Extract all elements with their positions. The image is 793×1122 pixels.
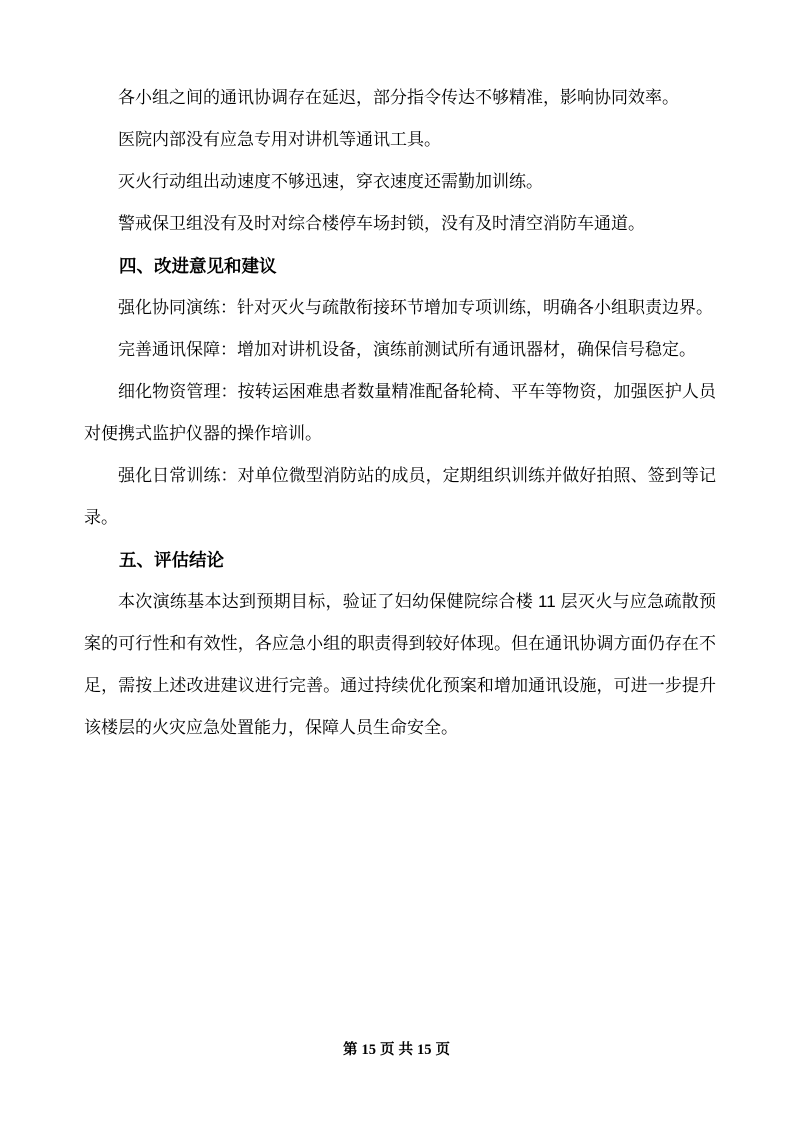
page-footer-middle: 页 共 [380,1042,413,1058]
body-paragraph: 警戒保卫组没有及时对综合楼停车场封锁，没有及时清空消防车通道。 [84,203,716,245]
body-paragraph: 完善通讯保障：增加对讲机设备，演练前测试所有通讯器材，确保信号稳定。 [84,329,716,371]
body-paragraph: 强化日常训练：对单位微型消防站的成员，定期组织训练并做好拍照、签到等记录。 [84,455,716,539]
body-paragraph: 本次演练基本达到预期目标，验证了妇幼保健院综合楼 11 层灭火与应急疏散预案的可… [84,581,716,749]
page-footer-suffix: 页 [436,1042,451,1058]
section-heading-conclusion: 五、评估结论 [84,539,716,581]
body-paragraph: 细化物资管理：按转运困难患者数量精准配备轮椅、平车等物资，加强医护人员对便携式监… [84,371,716,455]
page-footer: 第15页 共15页 [0,1040,793,1060]
section-heading-improvements: 四、改进意见和建议 [84,245,716,287]
body-paragraph: 强化协同演练：针对灭火与疏散衔接环节增加专项训练，明确各小组职责边界。 [84,287,716,329]
body-paragraph: 灭火行动组出动速度不够迅速，穿衣速度还需勤加训练。 [84,161,716,203]
document-page: 各小组之间的通讯协调存在延迟，部分指令传达不够精准，影响协同效率。 医院内部没有… [0,0,793,1122]
page-number-current: 15 [361,1042,376,1058]
body-paragraph: 医院内部没有应急专用对讲机等通讯工具。 [84,119,716,161]
document-body: 各小组之间的通讯协调存在延迟，部分指令传达不够精准，影响协同效率。 医院内部没有… [84,77,716,749]
body-paragraph: 各小组之间的通讯协调存在延迟，部分指令传达不够精准，影响协同效率。 [84,77,716,119]
page-number-total: 15 [417,1042,432,1058]
page-footer-prefix: 第 [343,1042,358,1058]
